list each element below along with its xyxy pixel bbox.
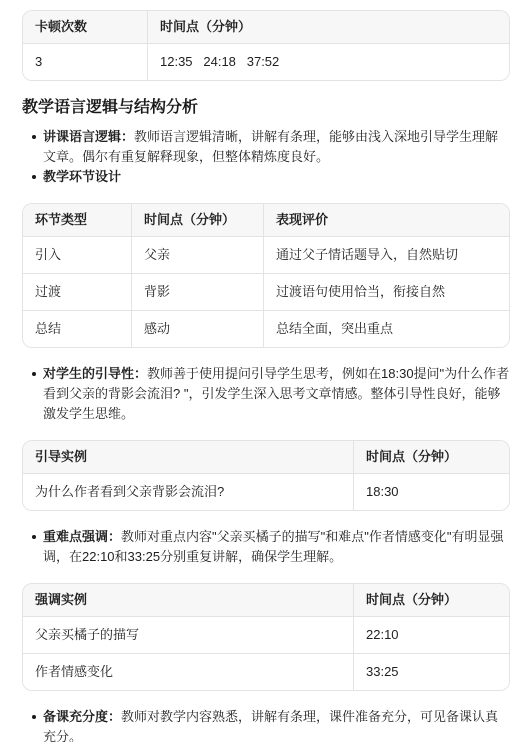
time-point-cell: 33:25 <box>354 654 510 691</box>
evaluation-cell: 总结全面，突出重点 <box>264 311 510 348</box>
phase-type-cell: 过渡 <box>23 274 132 311</box>
table-row: 总结 感动 总结全面，突出重点 <box>23 311 509 348</box>
table-row: 作者情感变化 33:25 <box>23 654 509 691</box>
section-title: 教学语言逻辑与结构分析 <box>22 97 510 119</box>
bullet-teaching-design: 教学环节设计 <box>22 167 510 187</box>
time-points-cell: 12:35 24:18 37:52 <box>148 44 510 81</box>
emphasis-table: 强调实例 时间点（分钟） 父亲买橘子的描写 22:10 作者情感变化 33:25 <box>22 583 510 691</box>
bullet-label: 重难点强调： <box>43 529 121 544</box>
guidance-example-header: 引导实例 <box>23 441 354 474</box>
bullet-emphasis: 重难点强调：教师对重点内容"父亲买橘子的描写"和难点"作者情感变化"有明显强调，… <box>22 527 510 567</box>
phase-type-cell: 总结 <box>23 311 132 348</box>
time-point-cell: 22:10 <box>354 617 510 654</box>
stutter-table: 卡顿次数 时间点（分钟） 3 12:35 24:18 37:52 <box>22 10 510 81</box>
time-point-cell: 背影 <box>132 274 264 311</box>
stutter-count-cell: 3 <box>23 44 148 81</box>
time-point-cell: 父亲 <box>132 237 264 274</box>
evaluation-cell: 过渡语句使用恰当，衔接自然 <box>264 274 510 311</box>
evaluation-header: 表现评价 <box>264 204 510 237</box>
time-points-header: 时间点（分钟） <box>354 441 510 474</box>
phase-table: 环节类型 时间点（分钟） 表现评价 引入 父亲 通过父子情话题导入，自然贴切 过… <box>22 203 510 348</box>
bullet-label: 教学环节设计 <box>43 169 121 184</box>
emphasis-example-header: 强调实例 <box>23 584 354 617</box>
time-point-cell: 18:30 <box>354 474 510 511</box>
phase-type-header: 环节类型 <box>23 204 132 237</box>
bullet-label: 讲课语言逻辑： <box>43 129 134 144</box>
table-row: 引入 父亲 通过父子情话题导入，自然贴切 <box>23 237 509 274</box>
time-point-cell: 感动 <box>132 311 264 348</box>
bullet-label: 备课充分度： <box>43 709 121 724</box>
guidance-table: 引导实例 时间点（分钟） 为什么作者看到父亲背影会流泪? 18:30 <box>22 440 510 511</box>
table-header-row: 强调实例 时间点（分钟） <box>23 584 509 617</box>
table-row: 为什么作者看到父亲背影会流泪? 18:30 <box>23 474 509 511</box>
time-points-header: 时间点（分钟） <box>132 204 264 237</box>
bullet-preparation: 备课充分度：教师对教学内容熟悉，讲解有条理，课件准备充分，可见备课认真充分。 <box>22 707 510 742</box>
table-row: 过渡 背影 过渡语句使用恰当，衔接自然 <box>23 274 509 311</box>
evaluation-cell: 通过父子情话题导入，自然贴切 <box>264 237 510 274</box>
time-points-header: 时间点（分钟） <box>354 584 510 617</box>
time-points-header: 时间点（分钟） <box>148 11 510 44</box>
table-row: 父亲买橘子的描写 22:10 <box>23 617 509 654</box>
phase-type-cell: 引入 <box>23 237 132 274</box>
emphasis-example-cell: 父亲买橘子的描写 <box>23 617 354 654</box>
table-header-row: 引导实例 时间点（分钟） <box>23 441 509 474</box>
table-header-row: 环节类型 时间点（分钟） 表现评价 <box>23 204 509 237</box>
bullet-guidance: 对学生的引导性：教师善于使用提问引导学生思考，例如在18:30提问"为什么作者看… <box>22 364 510 424</box>
emphasis-example-cell: 作者情感变化 <box>23 654 354 691</box>
bullet-label: 对学生的引导性： <box>43 366 147 381</box>
guidance-example-cell: 为什么作者看到父亲背影会流泪? <box>23 474 354 511</box>
table-header-row: 卡顿次数 时间点（分钟） <box>23 11 509 44</box>
document-page: 卡顿次数 时间点（分钟） 3 12:35 24:18 37:52 教学语言逻辑与… <box>0 0 532 742</box>
stutter-count-header: 卡顿次数 <box>23 11 148 44</box>
bullet-lecture-logic: 讲课语言逻辑：教师语言逻辑清晰，讲解有条理，能够由浅入深地引导学生理解文章。偶尔… <box>22 127 510 167</box>
table-row: 3 12:35 24:18 37:52 <box>23 44 509 81</box>
